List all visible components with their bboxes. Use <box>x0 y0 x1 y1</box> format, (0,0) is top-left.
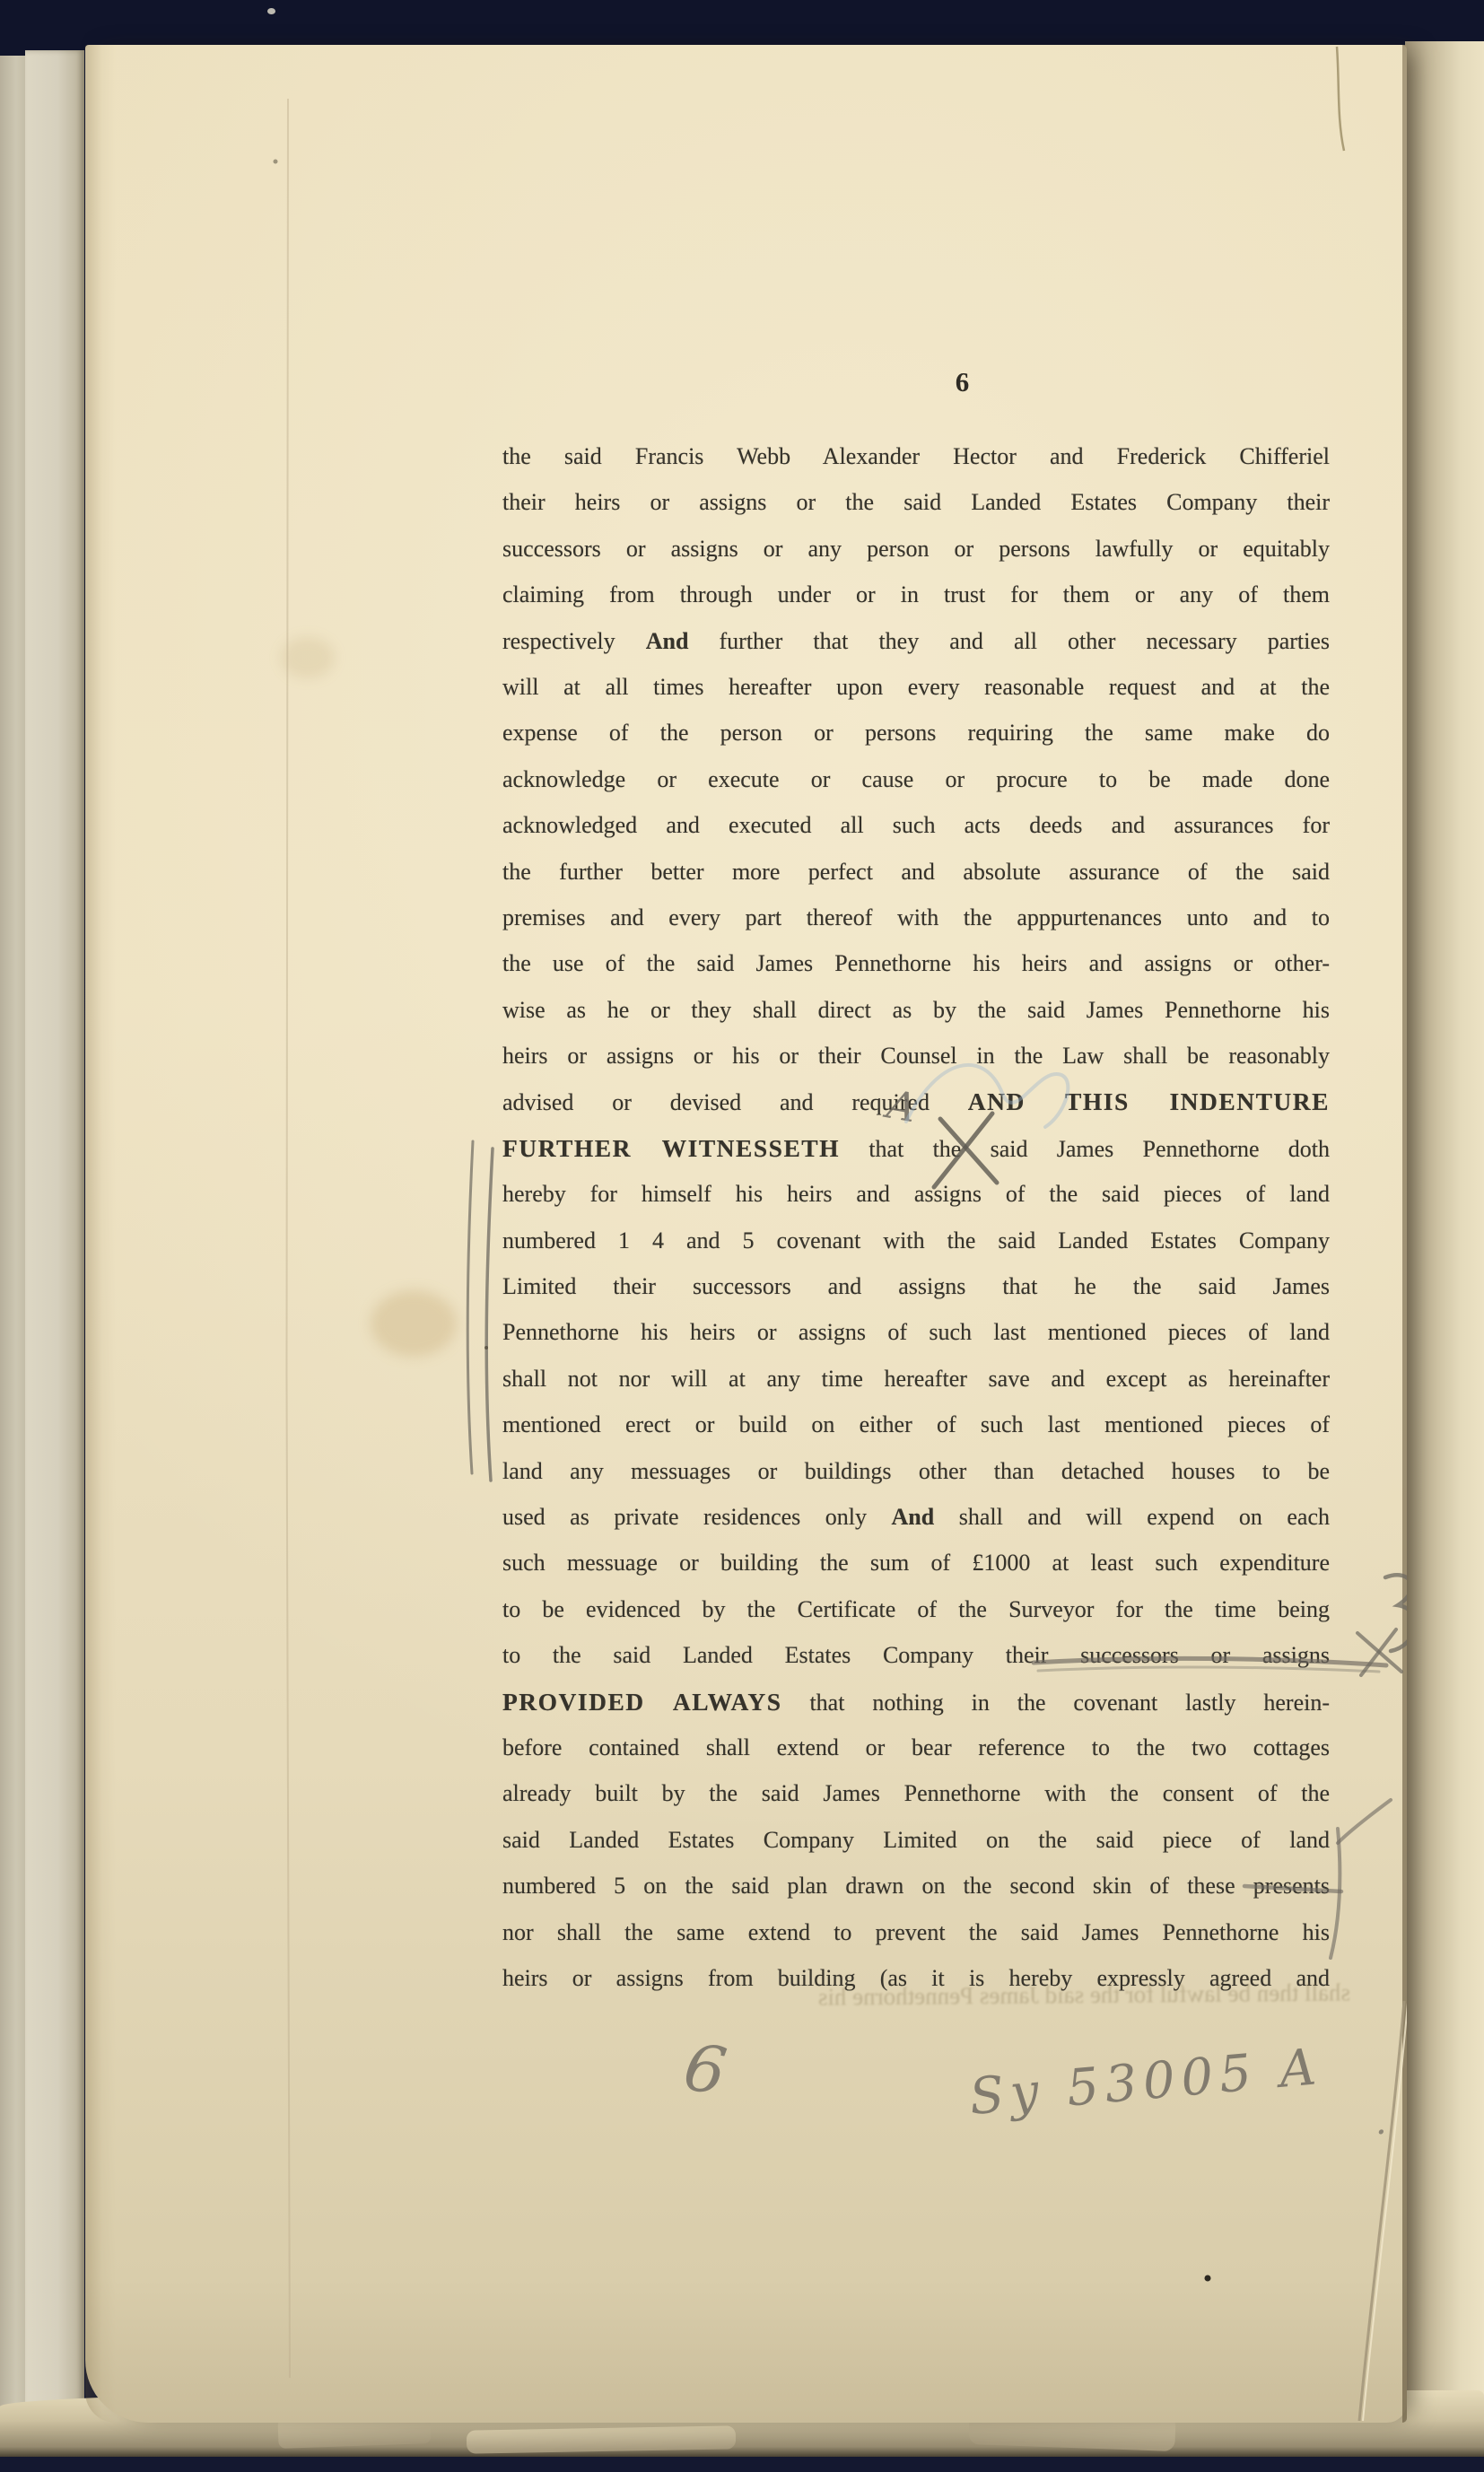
text-segment: before contained shall extend or bear re… <box>502 1734 1330 1760</box>
text-segment: already built by the said James Pennetho… <box>502 1780 1330 1806</box>
dust-speck <box>267 8 275 14</box>
document-page: 6 the said Francis Webb Alexander Hector… <box>85 45 1407 2423</box>
pencil-reference-code: Sy 53005 A <box>967 2038 1324 2127</box>
text-line: acknowledge or execute or cause or procu… <box>502 756 1330 802</box>
fold-crease <box>286 99 290 2378</box>
torn-paper-fragment <box>467 2425 736 2453</box>
text-line: said Landed Estates Company Limited on t… <box>502 1817 1330 1863</box>
text-segment: heirs or assigns or his or their Counsel… <box>502 1043 1330 1069</box>
text-line: PROVIDED ALWAYS that nothing in the cove… <box>502 1679 1330 1725</box>
text-line: nor shall the same extend to prevent the… <box>502 1909 1330 1955</box>
text-segment: the said Francis Webb Alexander Hector a… <box>502 443 1330 469</box>
text-segment: used as private residences only <box>502 1504 892 1530</box>
text-segment: And <box>892 1504 935 1530</box>
text-segment: mentioned erect or build on either of su… <box>502 1411 1330 1437</box>
text-segment: numbered 1 4 and 5 covenant with the sai… <box>502 1227 1330 1253</box>
text-line: their heirs or assigns or the said Lande… <box>502 479 1330 525</box>
text-line: claiming from through under or in trust … <box>502 572 1330 617</box>
text-line: such messuage or building the sum of £10… <box>502 1540 1330 1585</box>
paper-crack <box>1337 47 1344 151</box>
page-number: 6 <box>927 366 999 398</box>
text-segment: the use of the said James Pennethorne hi… <box>502 950 1330 976</box>
paper-stain <box>281 637 335 678</box>
text-segment: said Landed Estates Company Limited on t… <box>502 1827 1330 1853</box>
text-line: Limited their successors and assigns tha… <box>502 1263 1330 1309</box>
text-segment: that nothing in the covenant lastly here… <box>782 1690 1330 1716</box>
ink-speck <box>274 160 278 164</box>
text-line: heirs or assigns or his or their Counsel… <box>502 1033 1330 1079</box>
text-segment: to the said Landed Estates Company their… <box>502 1642 1330 1668</box>
text-segment: land any messuages or buildings other th… <box>502 1458 1330 1484</box>
text-line: Pennethorne his heirs or assigns of such… <box>502 1309 1330 1355</box>
text-line: acknowledged and executed all such acts … <box>502 802 1330 848</box>
pencil-squiggle <box>1385 1575 1407 1651</box>
text-segment: such messuage or building the sum of £10… <box>502 1550 1330 1576</box>
text-segment: nor shall the same extend to prevent the… <box>502 1919 1330 1945</box>
margin-line-icon <box>486 1149 493 1481</box>
paper-tear-highlight <box>1363 2003 1407 2421</box>
text-segment: AND THIS INDENTURE <box>968 1088 1330 1115</box>
text-block: the said Francis Webb Alexander Hector a… <box>502 433 1330 2001</box>
text-line: used as private residences only And shal… <box>502 1494 1330 1540</box>
text-line: the further better more perfect and abso… <box>502 849 1330 895</box>
text-segment: the further better more perfect and abso… <box>502 859 1330 885</box>
text-line: to be evidenced by the Certificate of th… <box>502 1586 1330 1632</box>
text-line: hereby for himself his heirs and assigns… <box>502 1171 1330 1217</box>
text-segment: shall and will expend on each <box>934 1504 1330 1530</box>
text-segment: acknowledged and executed all such acts … <box>502 812 1330 838</box>
text-line: mentioned erect or build on either of su… <box>502 1402 1330 1447</box>
text-line: will at all times hereafter upon every r… <box>502 664 1330 710</box>
text-line: the said Francis Webb Alexander Hector a… <box>502 433 1330 479</box>
text-segment: further that they and all other necessar… <box>688 628 1330 654</box>
text-line: respectively And further that they and a… <box>502 618 1330 664</box>
ink-speck <box>1205 2275 1211 2282</box>
pencil-x-mark <box>1357 1633 1401 1672</box>
text-segment: And <box>646 628 689 654</box>
margin-line-icon <box>467 1141 473 1473</box>
ink-speck <box>484 1346 488 1350</box>
text-line: already built by the said James Pennetho… <box>502 1770 1330 1816</box>
text-line: the use of the said James Pennethorne hi… <box>502 940 1330 986</box>
text-segment: to be evidenced by the Certificate of th… <box>502 1596 1330 1622</box>
text-line: land any messuages or buildings other th… <box>502 1448 1330 1494</box>
pencil-x-mark <box>1361 1629 1396 1675</box>
text-segment: claiming from through under or in trust … <box>502 581 1330 607</box>
text-line: shall not nor will at any time hereafter… <box>502 1356 1330 1402</box>
text-segment: will at all times hereafter upon every r… <box>502 674 1330 700</box>
text-segment: numbered 5 on the said plan drawn on the… <box>502 1873 1330 1899</box>
text-segment: shall not nor will at any time hereafter… <box>502 1366 1330 1392</box>
text-segment: Limited their successors and assigns tha… <box>502 1273 1330 1299</box>
text-segment: that the said James Pennethorne doth <box>840 1136 1330 1162</box>
text-segment: PROVIDED ALWAYS <box>502 1688 782 1716</box>
text-line: numbered 5 on the said plan drawn on the… <box>502 1863 1330 1909</box>
pencil-period: . <box>1375 2101 1387 2143</box>
text-line: FURTHER WITNESSETH that the said James P… <box>502 1125 1330 1171</box>
text-segment: expense of the person or persons requiri… <box>502 720 1330 746</box>
text-segment: Pennethorne his heirs or assigns of such… <box>502 1319 1330 1345</box>
underlying-page-edge-right <box>1405 41 1484 2430</box>
text-line: before contained shall extend or bear re… <box>502 1725 1330 1770</box>
text-segment: FURTHER WITNESSETH <box>502 1134 840 1162</box>
text-line: to the said Landed Estates Company their… <box>502 1632 1330 1678</box>
text-segment: respectively <box>502 628 646 654</box>
text-segment: premises and every part thereof with the… <box>502 904 1330 930</box>
underlying-page-edge-left-outer <box>0 56 27 2447</box>
text-line: wise as he or they shall direct as by th… <box>502 987 1330 1033</box>
pencil-sheet-number: 6 <box>679 2029 731 2109</box>
text-line: numbered 1 4 and 5 covenant with the sai… <box>502 1218 1330 1263</box>
text-segment: acknowledge or execute or cause or procu… <box>502 766 1330 792</box>
text-segment: successors or assigns or any person or p… <box>502 536 1330 562</box>
text-line: expense of the person or persons requiri… <box>502 710 1330 756</box>
scan-background: 6 the said Francis Webb Alexander Hector… <box>0 0 1484 2472</box>
text-line: premises and every part thereof with the… <box>502 895 1330 940</box>
pencil-stroke <box>1338 1800 1391 1843</box>
paper-tear <box>1359 2001 1404 2421</box>
pencil-stroke <box>1331 1829 1340 1958</box>
paper-stain <box>371 1290 457 1357</box>
underlying-page-edge-left-inner <box>25 50 84 2448</box>
text-segment: their heirs or assigns or the said Lande… <box>502 489 1330 515</box>
text-segment: wise as he or they shall direct as by th… <box>502 997 1330 1023</box>
text-line: successors or assigns or any person or p… <box>502 526 1330 572</box>
text-segment: hereby for himself his heirs and assigns… <box>502 1181 1330 1207</box>
